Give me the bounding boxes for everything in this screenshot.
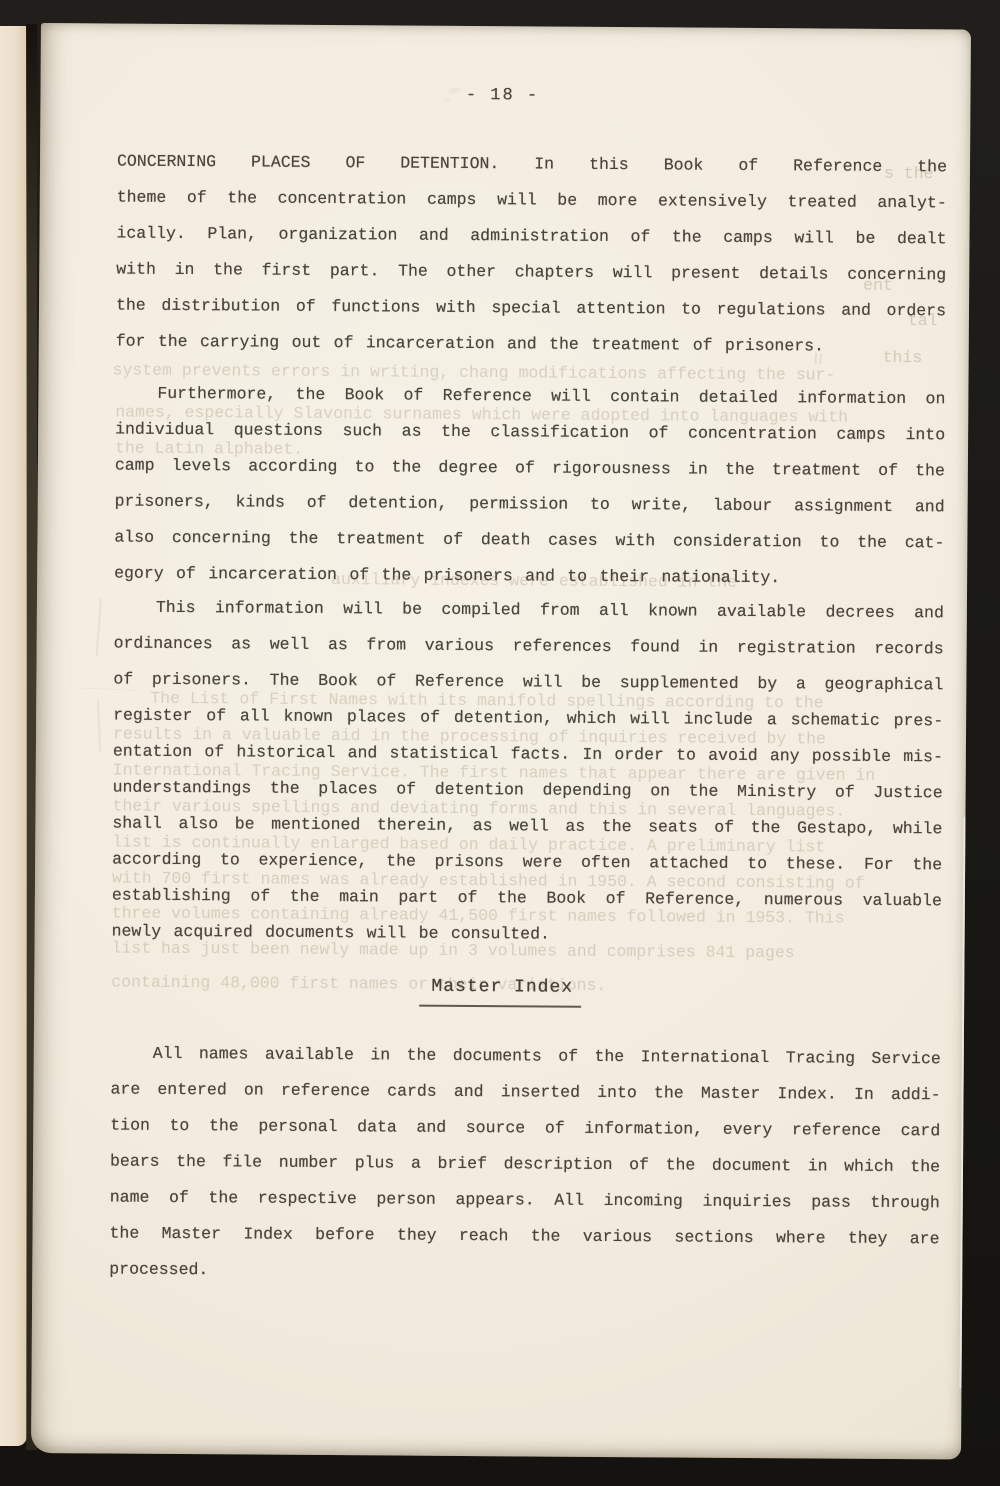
paragraph-concerning-places: CONCERNING PLACES OF DETENTION. In this … [116, 144, 947, 366]
text-line: bears the file number plus a brief descr… [110, 1144, 940, 1186]
page-number: - 18 - [466, 86, 539, 106]
text-line: understandings the places of detention d… [113, 770, 943, 812]
page-content: system prevents errors in writing, chang… [31, 23, 971, 1459]
text-line: tion to the personal data and source of … [110, 1108, 940, 1150]
text-line: are entered on reference cards and inser… [110, 1072, 940, 1114]
stray-marks-layer [41, 23, 971, 29]
text-line: shall also be mentioned therein, as well… [112, 806, 942, 848]
text-line: entation of historical and statistical f… [113, 734, 943, 776]
section-heading: Master Index [419, 972, 581, 1008]
document-page: system prevents errors in writing, chang… [31, 23, 971, 1459]
paragraph-this-information: This information will be compiled from a… [112, 590, 944, 956]
text-line: theme of the concentration camps will be… [117, 180, 947, 222]
underlying-page-edge [0, 26, 27, 1446]
text-line: register of all known places of detentio… [113, 698, 943, 740]
bleedthrough-layer: system prevents errors in writing, chang… [41, 23, 971, 29]
text-line: the distribution of functions with speci… [116, 288, 946, 330]
stroke-mark [97, 700, 101, 752]
text-line: camp levels according to the degree of r… [115, 448, 945, 490]
text-line: also concerning the treatment of death c… [114, 520, 944, 562]
text-line: processed. [109, 1252, 939, 1294]
text-line: for the carrying out of incarceration an… [116, 324, 946, 366]
page-number-row: - 18 - [117, 84, 947, 109]
stroke-mark [96, 598, 102, 656]
text-line: prisoners, kinds of detention, permissio… [115, 484, 945, 526]
text-line: individual questions such as the classif… [115, 412, 945, 454]
paragraph-furthermore: Furthermore, the Book of Reference will … [114, 376, 945, 598]
text-line: All names available in the documents of … [111, 1036, 941, 1078]
photo-backdrop: system prevents errors in writing, chang… [0, 0, 1000, 1486]
text-line: name of the respective person appears. A… [110, 1180, 940, 1222]
text-line: ically. Plan, organization and administr… [116, 216, 946, 258]
text-line: of prisoners. The Book of Reference will… [113, 662, 943, 704]
text-line: ordinances as well as from various refer… [114, 626, 944, 668]
text-line: This information will be compiled from a… [114, 590, 944, 632]
paragraph-master-index: All names available in the documents of … [109, 1036, 941, 1294]
text-line: CONCERNING PLACES OF DETENTION. In this … [117, 144, 947, 186]
text-line: with in the first part. The other chapte… [116, 252, 946, 294]
text-line: Furthermore, the Book of Reference will … [115, 376, 945, 418]
text-line: establishing of the main part of the Boo… [112, 878, 942, 920]
text-line: newly acquired documents will be consult… [112, 914, 942, 956]
section-heading-row: Master Index [111, 970, 941, 1011]
text-line: the Master Index before they reach the v… [109, 1216, 939, 1258]
text-line: according to experience, the prisons wer… [112, 842, 942, 884]
